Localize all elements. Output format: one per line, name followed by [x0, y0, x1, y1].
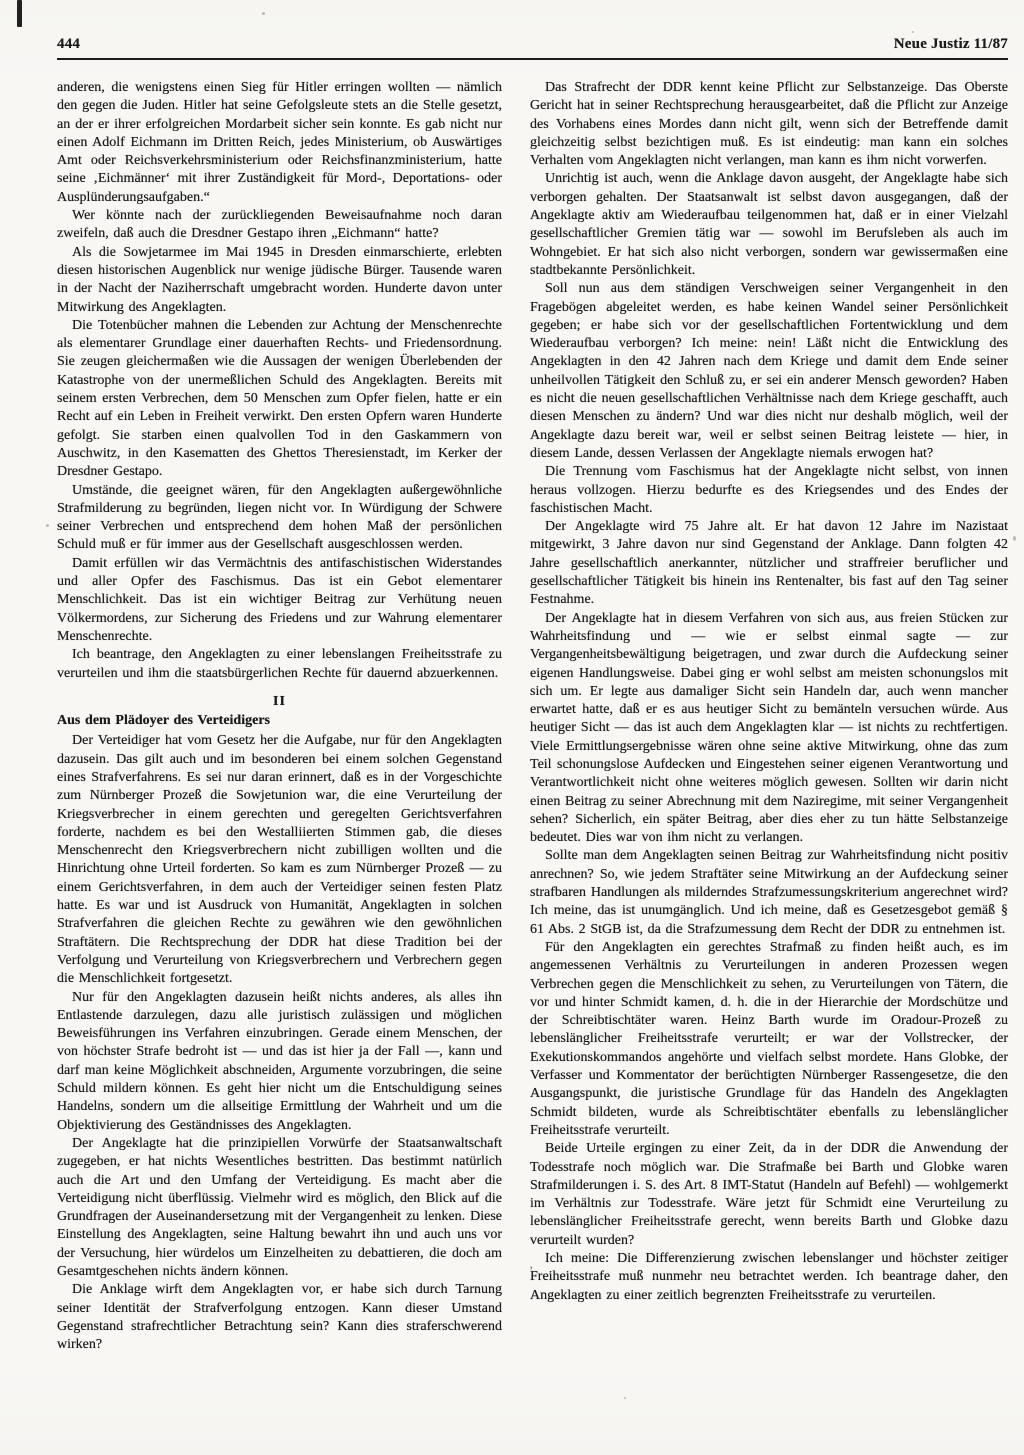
- journal-page: 444 Neue Justiz 11/87 anderen, die wenig…: [0, 0, 1024, 1455]
- paragraph: Beide Urteile ergingen zu einer Zeit, da…: [530, 1140, 1008, 1250]
- paragraph: Unrichtig ist auch, wenn die Anklage dav…: [530, 170, 1008, 280]
- paragraph: Umstände, die geeignet wären, für den An…: [57, 482, 502, 555]
- scan-speck: [262, 12, 265, 15]
- scan-speck: [912, 31, 914, 33]
- scan-artifact-dash: [17, 0, 22, 27]
- scan-speck: [1013, 536, 1016, 541]
- paragraph: Soll nun aus dem ständigen Verschweigen …: [530, 280, 1008, 463]
- journal-title: Neue Justiz 11/87: [894, 36, 1008, 53]
- paragraph: Die Anklage wirft dem Angeklagten vor, e…: [57, 1281, 502, 1354]
- paragraph: Der Angeklagte hat die prinzipiellen Vor…: [57, 1135, 502, 1281]
- subheading: Aus dem Plädoyer des Verteidigers: [57, 712, 502, 730]
- article-body: anderen, die wenigstens einen Sieg für H…: [57, 79, 1008, 1354]
- paragraph: Die Totenbücher mahnen die Lebenden zur …: [57, 317, 502, 482]
- paragraph: Wer könnte nach der zurückliegenden Bewe…: [57, 207, 502, 244]
- paragraph: Ich meine: Die Differenzierung zwischen …: [530, 1250, 1008, 1305]
- page-header: 444 Neue Justiz 11/87: [57, 36, 1008, 53]
- paragraph: Das Strafrecht der DDR kennt keine Pflic…: [530, 79, 1008, 170]
- scan-speck: [46, 524, 49, 527]
- page-number: 444: [57, 36, 80, 53]
- paragraph: Damit erfüllen wir das Vermächtnis des a…: [57, 555, 502, 646]
- section-numeral: II: [57, 693, 502, 711]
- paragraph: Für den Angeklagten ein gerechtes Strafm…: [530, 939, 1008, 1140]
- header-rule: [57, 58, 1008, 60]
- paragraph: Die Trennung vom Faschismus hat der Ange…: [530, 463, 1008, 518]
- paragraph: Als die Sowjetarmee im Mai 1945 in Dresd…: [57, 244, 502, 317]
- paragraph: Sollte man dem Angeklagten seinen Beitra…: [530, 847, 1008, 938]
- paragraph: Der Angeklagte hat in diesem Verfahren v…: [530, 610, 1008, 848]
- scan-speck: [624, 1397, 626, 1399]
- paragraph: Nur für den Angeklagten dazusein heißt n…: [57, 989, 502, 1135]
- paragraph: Der Angeklagte wird 75 Jahre alt. Er hat…: [530, 518, 1008, 609]
- right-column: Das Strafrecht der DDR kennt keine Pflic…: [530, 79, 1008, 1354]
- pencil-mark: [529, 1266, 535, 1275]
- paragraph: anderen, die wenigstens einen Sieg für H…: [57, 79, 502, 207]
- left-column: anderen, die wenigstens einen Sieg für H…: [57, 79, 502, 1354]
- paragraph: Der Verteidiger hat vom Gesetz her die A…: [57, 732, 502, 988]
- paragraph: Ich beantrage, den Angeklagten zu einer …: [57, 646, 502, 683]
